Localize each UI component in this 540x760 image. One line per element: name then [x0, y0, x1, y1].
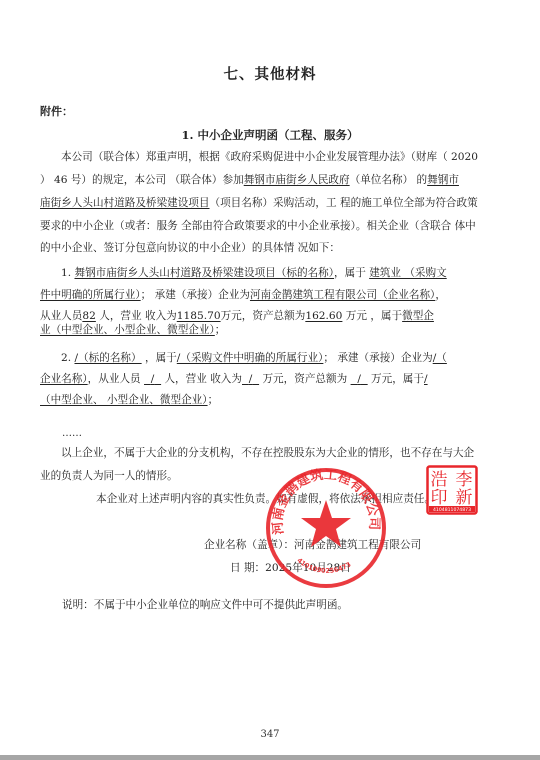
page-number: 347 [0, 729, 540, 740]
item-1-line-1: 1. 舞钢市庙街乡人头山村道路及桥梁建设项目（标的名称），属于 建筑业 （采购文 [40, 266, 447, 280]
attachment-label: 附件： [40, 103, 73, 119]
svg-text:新: 新 [456, 488, 473, 508]
declaration-line-5: 的中小企业、签订分包意向协议的中小企业）的具体情 况如下： [40, 241, 340, 255]
project-name-part2: 庙街乡人头山村道路及桥梁建设项目 [40, 197, 210, 209]
declaration-line-3: 庙街乡人头山村道路及桥梁建设项目（项目名称）采购活动，工 程的施工单位全部为符合… [40, 196, 478, 210]
project-name-part1: 舞钢市 [427, 174, 459, 186]
form-title: 1. 中小企业声明函（工程、服务） [0, 127, 540, 143]
purchaser-name: 舞钢市庙街乡人民政府 [244, 174, 350, 186]
item-1-line-3: 从业人员82 人，营业 收入为1185.70万元，资产总额为162.60 万元 … [40, 309, 434, 323]
item-1-line-4: 业（中型企业、小型企业、微型企业）； [40, 323, 225, 337]
item-2-contractor: /（ [433, 352, 447, 364]
company-seal-stamp: 河南金鹊建筑工程有限公司 4101090256473 [264, 466, 388, 590]
item-2-line-3: （中型企业、 小型企业、微型企业）； [40, 393, 218, 407]
svg-text:4101090256473: 4101090256473 [295, 556, 352, 575]
item-2-subject: /（标的名称） [74, 352, 141, 364]
item-2-size: / [424, 373, 428, 385]
item-1-industry: 建筑业 （采购文 [369, 267, 447, 279]
item-2-staff: / [144, 373, 161, 385]
svg-text:浩: 浩 [431, 470, 448, 490]
item-1-size: 微型企 [402, 310, 434, 322]
item-1-staff: 82 [82, 310, 95, 322]
declaration-line-2: ） 46 号）的规定，本公司 （联合体）参加舞钢市庙街乡人民政府（单位名称） 的… [40, 173, 459, 187]
statement-line-2: 业的负责人为同一人的情形。 [40, 469, 178, 483]
item-2-industry: /（采购文件中明确的所属行业） [177, 352, 324, 364]
ellipsis: …… [62, 428, 82, 439]
item-2-assets: / [351, 373, 368, 385]
item-1-revenue: 1185.70 [177, 310, 221, 322]
statement-line-1: 以上企业，不属于大企业的分支机构，不存在控股股东为大企业的情形，也不存在与大企 [40, 446, 474, 460]
document-page: 七、其他材料 附件： 1. 中小企业声明函（工程、服务） 本公司（联合体）郑重声… [0, 0, 540, 755]
note: 说明：不属于中小企业单位的响应文件中可不提供此声明函。 [62, 598, 348, 612]
item-1-subject: 舞钢市庙街乡人头山村道路及桥梁建设项目（标的名称） [74, 267, 334, 279]
svg-text:印: 印 [431, 488, 448, 508]
item-2-line-1: 2. /（标的名称） ，属于/（采购文件中明确的所属行业）； 承建（承接）企业为… [40, 351, 447, 365]
star-icon [301, 500, 351, 547]
item-2-revenue: / [242, 373, 259, 385]
section-title: 七、其他材料 [0, 63, 540, 84]
item-1-line-2: 件中明确的所属行业）； 承建（承接）企业为河南金鹊建筑工程有限公司（企业名称）， [40, 288, 446, 302]
item-1-assets: 162.60 [305, 310, 342, 322]
declaration-line-4: 要求的中小企业（或者：服务 全部由符合政策要求的中小企业承接）。相关企业（含联合… [40, 219, 476, 233]
svg-text:4104811074873: 4104811074873 [433, 507, 471, 513]
svg-text:李: 李 [456, 470, 473, 490]
declaration-line-1: 本公司（联合体）郑重声明，根据《政府采购促进中小企业发展管理办法》（财库（ 20… [40, 150, 478, 164]
item-1-contractor: 河南金鹊建筑工程有限公司（企业名称） [250, 289, 435, 301]
item-2-line-2: 企业名称），从业人员 / 人，营业 收入为 / 万元，资产总额为 / 万元，属于… [40, 372, 428, 386]
personal-seal-stamp: 浩 李 印 新 4104811074873 [426, 465, 478, 515]
